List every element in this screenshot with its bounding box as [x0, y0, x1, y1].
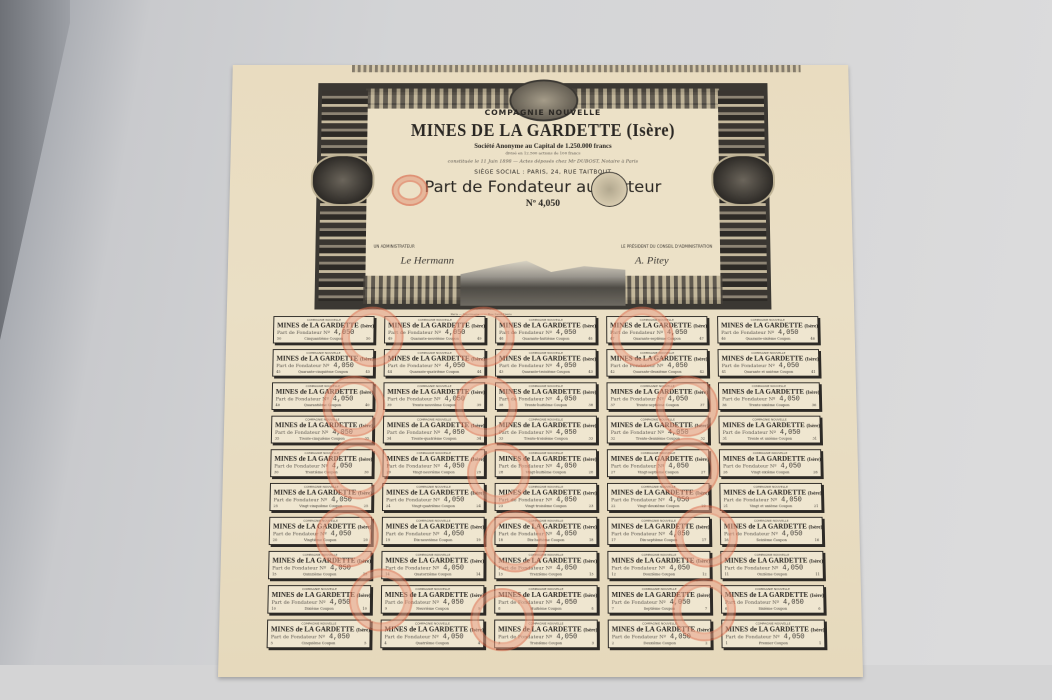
coupon-number-left: 18: [498, 538, 502, 542]
coupon-share-line: Part de Fondateur Nº4,050: [611, 565, 706, 573]
coupon-label: Part de Fondateur Nº: [272, 566, 326, 572]
coupon-number-left: 5: [271, 641, 273, 645]
coupon: COMPAGNIE NOUVELLEMINES de LA GARDETTE (…: [607, 416, 709, 444]
coupon-ordinal: Douzième Coupon: [643, 572, 675, 576]
coupon-share-line: Part de Fondateur Nº4,050: [499, 396, 593, 404]
coupon-share-number: 4,050: [779, 396, 800, 404]
coupon-name: MINES de LA GARDETTE: [386, 489, 469, 497]
coupon-region: (Isère): [697, 628, 711, 633]
coupon-region: (Isère): [357, 594, 371, 599]
coupon-share-line: Part de Fondateur Nº4,050: [275, 429, 369, 437]
coupon-region: (Isère): [583, 424, 597, 429]
coupon: COMPAGNIE NOUVELLEMINES de LA GARDETTE (…: [383, 382, 485, 410]
coupon-name: MINES de LA GARDETTE: [388, 355, 470, 363]
coupon-name: MINES de LA GARDETTE: [611, 557, 694, 565]
coupon-number-right: 5: [364, 641, 366, 645]
coupon-region: (Isère): [471, 391, 485, 396]
coupon-number-right: 38: [589, 403, 593, 407]
coupon-ordinal: Vingt-deuxième Coupon: [637, 504, 679, 508]
coupon-mine-name: MINES de LA GARDETTE (Isère): [387, 455, 481, 463]
coupon-number-left: 12: [611, 572, 615, 576]
coupon-name: MINES de LA GARDETTE: [499, 355, 581, 363]
coupon-ordinal: Trente-neuvième Coupon: [412, 403, 456, 407]
coupon-share-number: 4,050: [667, 362, 688, 370]
coupon: COMPAGNIE NOUVELLEMINES de LA GARDETTE (…: [272, 349, 374, 376]
coupon-number-right: 36: [812, 403, 816, 407]
coupon-mine-name: MINES de LA GARDETTE (Isère): [611, 557, 706, 565]
coupon-region: (Isère): [804, 325, 818, 330]
coupon-footer: 39Trente-neuvième Coupon39: [387, 403, 481, 407]
coupon-number-left: 19: [386, 538, 390, 542]
coupon-label: Part de Fondateur Nº: [611, 531, 665, 537]
coupon-mine-name: MINES de LA GARDETTE (Isère): [499, 355, 593, 363]
coupon: COMPAGNIE NOUVELLEMINES de LA GARDETTE (…: [272, 382, 374, 410]
coupon-name: MINES de LA GARDETTE: [612, 591, 695, 599]
coupon-number-left: 45: [276, 370, 280, 374]
coupon-share-line: Part de Fondateur Nº4,050: [276, 362, 370, 370]
coupon-share-number: 4,050: [443, 530, 464, 538]
coupon-number-left: 16: [724, 538, 728, 542]
coupon-footer: 34Trente-quatrième Coupon34: [387, 437, 481, 441]
coupon-ordinal: Quatrième Coupon: [415, 641, 449, 645]
coupon-name: MINES de LA GARDETTE: [499, 455, 581, 463]
coupon-footer: 4Quatrième Coupon4: [384, 641, 480, 645]
company-line: COMPAGNIE NOUVELLE: [375, 109, 710, 117]
coupon-ordinal: Dix-neuvième Coupon: [414, 538, 453, 542]
signature-labels: UN ADMINISTRATEUR LE PRÉSIDENT DU CONSEI…: [374, 244, 713, 249]
coupon-share-line: Part de Fondateur Nº4,050: [611, 530, 706, 538]
coupon-share-line: Part de Fondateur Nº4,050: [725, 599, 821, 607]
coupon-mine-name: MINES de LA GARDETTE (Isère): [724, 523, 819, 531]
coupon-name: MINES de LA GARDETTE: [612, 625, 696, 633]
coupon-share-number: 4,050: [781, 496, 802, 504]
coupon-name: MINES de LA GARDETTE: [611, 421, 693, 429]
coupon-share-number: 4,050: [443, 633, 464, 641]
coupon-number-left: 11: [725, 572, 729, 576]
coupon-share-line: Part de Fondateur Nº4,050: [386, 496, 481, 504]
coupon-footer: 44Quarante-quatrième Coupon44: [388, 370, 482, 374]
coupon-region: (Isère): [582, 325, 595, 330]
coupon-number-left: 50: [277, 337, 281, 341]
coupon-number-right: 2: [705, 641, 707, 645]
coupon-share-line: Part de Fondateur Nº4,050: [274, 496, 369, 504]
coupon-number-left: 21: [724, 504, 728, 508]
coupon-number-left: 43: [499, 370, 503, 374]
coupon-region: (Isère): [359, 391, 373, 396]
coupon: COMPAGNIE NOUVELLEMINES de LA GARDETTE (…: [719, 483, 822, 511]
coupon-number-left: 4: [384, 641, 386, 645]
coupon-mine-name: MINES de LA GARDETTE (Isère): [385, 591, 480, 599]
coupon-ordinal: Vingt-cinquième Coupon: [299, 504, 342, 508]
coupon-region: (Isère): [360, 358, 374, 363]
coupon-footer: 21Vingt et unième Coupon21: [724, 504, 819, 508]
coupon-share-number: 4,050: [556, 429, 577, 437]
coupon-share-number: 4,050: [669, 496, 690, 504]
coupon-number-right: 21: [814, 504, 818, 508]
coupon-mine-name: MINES de LA GARDETTE (Isère): [388, 355, 482, 363]
coupon-number-left: 44: [388, 370, 392, 374]
coupon-footer: 33Trente-troisième Coupon33: [499, 437, 593, 441]
coupon-mine-name: MINES de LA GARDETTE (Isère): [387, 421, 481, 429]
coupon-share-number: 4,050: [670, 599, 691, 607]
coupon-ordinal: Quatorzième Coupon: [414, 572, 451, 576]
coupon-number-left: 1: [726, 641, 728, 645]
coupon-number-right: 1: [819, 641, 821, 645]
coupon-mine-name: MINES de LA GARDETTE (Isère): [385, 557, 480, 565]
coupon-footer: 42Quarante-deuxième Coupon42: [610, 370, 704, 374]
coupon-label: Part de Fondateur Nº: [385, 600, 439, 606]
coupon-label: Part de Fondateur Nº: [723, 497, 777, 503]
coupon-region: (Isère): [806, 424, 820, 429]
coupon-mine-name: MINES de LA GARDETTE (Isère): [722, 421, 816, 429]
coupon-ordinal: Trente-sixième Coupon: [749, 403, 789, 407]
coupon-name: MINES de LA GARDETTE: [723, 455, 806, 463]
coupon-label: Part de Fondateur Nº: [722, 363, 775, 369]
coupon-name: MINES de LA GARDETTE: [611, 523, 694, 531]
coupon-mine-name: MINES de LA GARDETTE (Isère): [721, 322, 815, 330]
coupon-ordinal: Seizième Coupon: [756, 538, 787, 542]
coupon-region: (Isère): [808, 526, 822, 531]
coupon-label: Part de Fondateur Nº: [499, 363, 552, 369]
coupon-region: (Isère): [359, 424, 373, 429]
coupon-ordinal: Trente-septième Coupon: [636, 403, 679, 407]
coupon-label: Part de Fondateur Nº: [271, 634, 325, 640]
coupon-mine-name: MINES de LA GARDETTE (Isère): [275, 421, 369, 429]
coupon-share-number: 4,050: [783, 599, 804, 607]
coupon-number-left: 10: [271, 607, 276, 611]
coupon-share-line: Part de Fondateur Nº4,050: [723, 496, 818, 504]
coupon-label: Part de Fondateur Nº: [725, 600, 779, 606]
coupon-share-line: Part de Fondateur Nº4,050: [498, 565, 593, 573]
coupon-share-line: Part de Fondateur Nº4,050: [385, 599, 481, 607]
coupon-label: Part de Fondateur Nº: [273, 531, 327, 537]
coupon-region: (Isère): [583, 628, 597, 633]
coupon-footer: 43Quarante-troisième Coupon43: [499, 370, 593, 374]
coupon-mine-name: MINES de LA GARDETTE (Isère): [386, 489, 481, 497]
coupon-name: MINES de LA GARDETTE: [277, 322, 359, 330]
coupon-label: Part de Fondateur Nº: [388, 363, 441, 369]
coupon: COMPAGNIE NOUVELLEMINES de LA GARDETTE (…: [607, 382, 709, 410]
share-certificate-sheet: COMPAGNIE NOUVELLE MINES DE LA GARDETTE …: [218, 65, 863, 677]
coupon: COMPAGNIE NOUVELLEMINES de LA GARDETTE (…: [607, 483, 710, 511]
coupon-label: Part de Fondateur Nº: [276, 363, 329, 369]
coupon-mine-name: MINES de LA GARDETTE (Isère): [499, 489, 594, 497]
coupon-name: MINES de LA GARDETTE: [610, 388, 692, 396]
coupon-number-right: 26: [813, 470, 817, 474]
coupon-region: (Isère): [356, 628, 370, 633]
president-signature: A. Pitey: [635, 255, 669, 266]
coupon: COMPAGNIE NOUVELLEMINES de LA GARDETTE (…: [269, 483, 372, 511]
coupon-share-line: Part de Fondateur Nº4,050: [271, 599, 367, 607]
coupon-name: MINES de LA GARDETTE: [385, 625, 469, 633]
coupon-ordinal: Sixième Coupon: [758, 607, 787, 611]
coupon-share-line: Part de Fondateur Nº4,050: [273, 530, 368, 538]
coupon-number-right: 14: [476, 572, 480, 576]
coupon-number-right: 4: [478, 641, 480, 645]
coupon-number-left: 2: [612, 641, 614, 645]
coupon-number-right: 25: [364, 504, 368, 508]
coupon-number-left: 39: [387, 403, 391, 407]
coupon-share-number: 4,050: [556, 599, 577, 607]
coupon-region: (Isère): [694, 358, 708, 363]
coupon-region: (Isère): [471, 458, 485, 463]
coupon-share-line: Part de Fondateur Nº4,050: [498, 530, 593, 538]
coupon-region: (Isère): [583, 358, 596, 363]
coupon-share-line: Part de Fondateur Nº4,050: [499, 463, 594, 471]
coupon-share-number: 4,050: [332, 429, 353, 437]
coupon-number-right: 9: [478, 607, 480, 611]
coupon-share-number: 4,050: [556, 530, 577, 538]
coupon-number-left: 20: [273, 538, 278, 542]
coupon-region: (Isère): [470, 594, 484, 599]
coupon-footer: 22Vingt-deuxième Coupon22: [611, 504, 706, 508]
coupon-share-line: Part de Fondateur Nº4,050: [611, 496, 706, 504]
coupon-footer: 20Vingtième Coupon20: [273, 538, 368, 542]
coupon-region: (Isère): [693, 325, 706, 330]
coupon-mine-name: MINES de LA GARDETTE (Isère): [610, 355, 704, 363]
coupon-number-left: 32: [611, 437, 615, 441]
coupon-label: Part de Fondateur Nº: [498, 566, 552, 572]
coupon-name: MINES de LA GARDETTE: [498, 625, 582, 633]
coupon-footer: 3Troisième Coupon3: [498, 641, 594, 645]
coupon: COMPAGNIE NOUVELLEMINES de LA GARDETTE (…: [720, 551, 824, 579]
coupon: COMPAGNIE NOUVELLEMINES de LA GARDETTE (…: [495, 416, 597, 444]
coupon-label: Part de Fondateur Nº: [610, 397, 663, 403]
coupon-label: Part de Fondateur Nº: [612, 600, 666, 606]
coupon-mine-name: MINES de LA GARDETTE (Isère): [725, 591, 821, 599]
president-label: LE PRÉSIDENT DU CONSEIL D'ADMINISTRATION: [621, 244, 712, 249]
coupon-share-number: 4,050: [556, 496, 577, 504]
coupon-region: (Isère): [470, 560, 484, 565]
coupon-share-line: Part de Fondateur Nº4,050: [276, 396, 370, 404]
coupon-label: Part de Fondateur Nº: [274, 497, 328, 503]
coupon-region: (Isère): [359, 458, 373, 463]
coupon: COMPAGNIE NOUVELLEMINES de LA GARDETTE (…: [718, 416, 821, 444]
coupon-ordinal: Huitième Coupon: [530, 607, 561, 611]
coupon-number-right: 8: [591, 607, 593, 611]
coupon-label: Part de Fondateur Nº: [498, 600, 552, 606]
coupon-number-right: 27: [701, 470, 705, 474]
coupon-ordinal: Vingt-troisième Coupon: [525, 504, 567, 508]
coupon-number-right: 47: [699, 337, 703, 341]
coupon-footer: 17Dix-septième Coupon17: [611, 538, 706, 542]
coupon-number-right: 29: [477, 470, 481, 474]
coupon-mine-name: MINES de LA GARDETTE (Isère): [388, 322, 482, 330]
coupon: COMPAGNIE NOUVELLEMINES de LA GARDETTE (…: [271, 416, 374, 444]
coupon-footer: 6Sixième Coupon6: [725, 607, 821, 611]
coupon-share-line: Part de Fondateur Nº4,050: [723, 429, 817, 437]
coupon-ordinal: Quarante-deuxième Coupon: [633, 370, 682, 374]
coupon-share-line: Part de Fondateur Nº4,050: [388, 329, 482, 337]
coupon-number-left: 46: [721, 337, 725, 341]
coupon: COMPAGNIE NOUVELLEMINES de LA GARDETTE (…: [381, 585, 485, 614]
coupon-footer: 19Dix-neuvième Coupon19: [386, 538, 481, 542]
coupon-footer: 8Huitième Coupon8: [498, 607, 594, 611]
coupon-share-number: 4,050: [444, 396, 465, 404]
coupon-name: MINES de LA GARDETTE: [275, 421, 357, 429]
coupon-number-left: 29: [386, 470, 390, 474]
coupon-share-number: 4,050: [444, 463, 465, 471]
coupon-footer: 26Vingt-sixième Coupon26: [723, 470, 818, 474]
coupon-ordinal: Troisième Coupon: [530, 641, 562, 645]
coupon-number-left: 25: [273, 504, 277, 508]
coupon-ordinal: Septième Coupon: [644, 607, 675, 611]
coupon-name: MINES de LA GARDETTE: [387, 421, 469, 429]
coupon-region: (Isère): [696, 526, 710, 531]
coupon-mine-name: MINES de LA GARDETTE (Isère): [723, 455, 818, 463]
coupon-footer: 9Neuvième Coupon9: [385, 607, 481, 611]
coupon-number-right: 40: [365, 403, 369, 407]
coupon-name: MINES de LA GARDETTE: [611, 455, 694, 463]
coupon-footer: 47Quarante-septième Coupon47: [610, 337, 704, 341]
admin-label: UN ADMINISTRATEUR: [374, 244, 415, 249]
coupon-share-number: 4,050: [445, 362, 466, 370]
coupon-region: (Isère): [583, 594, 597, 599]
coupon-ordinal: Treizième Coupon: [530, 572, 562, 576]
coupon-number-right: 42: [700, 370, 704, 374]
coupon-number-left: 36: [722, 403, 726, 407]
coupon-share-number: 4,050: [330, 565, 351, 573]
coupon-ordinal: Quarante et unième Coupon: [744, 370, 793, 374]
coupon-share-line: Part de Fondateur Nº4,050: [499, 329, 593, 337]
coupon-ordinal: Premier Coupon: [759, 641, 788, 645]
coupon-mine-name: MINES de LA GARDETTE (Isère): [498, 557, 593, 565]
coupon-share-number: 4,050: [669, 565, 690, 573]
coupon-mine-name: MINES de LA GARDETTE (Isère): [276, 388, 370, 396]
coupon-share-line: Part de Fondateur Nº4,050: [498, 633, 594, 641]
coupon-number-left: 6: [725, 607, 727, 611]
coupon-share-number: 4,050: [334, 329, 355, 337]
coupon-region: (Isère): [811, 628, 825, 633]
coupon-number-right: 19: [476, 538, 480, 542]
coupon: COMPAGNIE NOUVELLEMINES de LA GARDETTE (…: [268, 551, 372, 579]
coupon-footer: 27Vingt-septième Coupon27: [611, 470, 706, 474]
coupon-ordinal: Quarante-troisième Coupon: [522, 370, 570, 374]
coupon-grid: COMPAGNIE NOUVELLEMINES de LA GARDETTE (…: [267, 316, 826, 648]
coupon-footer: 12Douzième Coupon12: [611, 572, 706, 576]
coupon-share-line: Part de Fondateur Nº4,050: [612, 633, 708, 641]
coupon: COMPAGNIE NOUVELLEMINES de LA GARDETTE (…: [267, 620, 371, 649]
certificate-header: COMPAGNIE NOUVELLE MINES DE LA GARDETTE …: [314, 83, 771, 309]
coupon-footer: 36Trente-sixième Coupon36: [722, 403, 816, 407]
coupon-number-left: 28: [499, 470, 503, 474]
coupon-label: Part de Fondateur Nº: [499, 464, 553, 470]
coupon-number-right: 35: [365, 437, 369, 441]
coupon-name: MINES de LA GARDETTE: [721, 322, 803, 330]
coupon-region: (Isère): [357, 560, 371, 565]
coupon-share-number: 4,050: [669, 530, 690, 538]
coupon-label: Part de Fondateur Nº: [725, 634, 779, 640]
coupon-region: (Isère): [695, 492, 709, 497]
coupon-name: MINES de LA GARDETTE: [387, 455, 470, 463]
capital-line: Société Anonyme au Capital de 1.250.000 …: [375, 142, 711, 149]
coupon-label: Part de Fondateur Nº: [384, 634, 438, 640]
coupon-share-number: 4,050: [331, 530, 352, 538]
coupon-number-right: 6: [818, 607, 820, 611]
coupon: COMPAGNIE NOUVELLEMINES de LA GARDETTE (…: [494, 517, 597, 545]
coupon: COMPAGNIE NOUVELLEMINES de LA GARDETTE (…: [495, 382, 597, 410]
coupon-mine-name: MINES de LA GARDETTE (Isère): [498, 591, 593, 599]
coupon: COMPAGNIE NOUVELLEMINES de LA GARDETTE (…: [607, 517, 710, 545]
coupon-footer: 30Trentième Coupon30: [274, 470, 369, 474]
coupon-share-number: 4,050: [782, 530, 803, 538]
coupon: COMPAGNIE NOUVELLEMINES de LA GARDETTE (…: [718, 349, 820, 376]
coupon-label: Part de Fondateur Nº: [724, 566, 778, 572]
coupon-region: (Isère): [360, 325, 373, 330]
coupon-share-number: 4,050: [668, 429, 689, 437]
coupon-mine-name: MINES de LA GARDETTE (Isère): [611, 489, 706, 497]
coupon-ordinal: Trente-huitième Coupon: [525, 403, 567, 407]
coupon-label: Part de Fondateur Nº: [275, 430, 328, 436]
coupon-mine-name: MINES de LA GARDETTE (Isère): [499, 322, 592, 330]
coupon-share-number: 4,050: [331, 496, 352, 504]
coupon-region: (Isère): [358, 526, 372, 531]
right-workshop-vignette: [711, 154, 775, 206]
coupon: COMPAGNIE NOUVELLEMINES de LA GARDETTE (…: [270, 449, 373, 477]
coupon-share-line: Part de Fondateur Nº4,050: [611, 429, 705, 437]
coupon-label: Part de Fondateur Nº: [723, 430, 776, 436]
coupon-number-right: 24: [476, 504, 480, 508]
coupon: COMPAGNIE NOUVELLEMINES de LA GARDETTE (…: [383, 416, 485, 444]
coupon-name: MINES de LA GARDETTE: [723, 489, 806, 497]
coupon-mine-name: MINES de LA GARDETTE (Isère): [499, 388, 593, 396]
coupon-mine-name: MINES de LA GARDETTE (Isère): [272, 591, 368, 599]
coupon-share-line: Part de Fondateur Nº4,050: [612, 599, 708, 607]
coupon-share-line: Part de Fondateur Nº4,050: [384, 633, 480, 641]
coupon-number-right: 31: [813, 437, 817, 441]
coupon-footer: 7Septième Coupon7: [612, 607, 708, 611]
coupon: COMPAGNIE NOUVELLEMINES de LA GARDETTE (…: [380, 620, 484, 649]
coupon-number-right: 34: [477, 437, 481, 441]
company-name: MINES DE LA GARDETTE (Isère): [375, 120, 711, 141]
coupon-share-number: 4,050: [782, 565, 803, 573]
coupon-share-line: Part de Fondateur Nº4,050: [723, 463, 818, 471]
coupon-share-number: 4,050: [332, 463, 353, 471]
coupon-ordinal: Vingt et unième Coupon: [750, 504, 793, 508]
coupon-number-right: 37: [700, 403, 704, 407]
coupon-label: Part de Fondateur Nº: [610, 330, 663, 336]
coupon-footer: 24Vingt-quatrième Coupon24: [386, 504, 481, 508]
coupon-ordinal: Cinquième Coupon: [302, 641, 336, 645]
coupon-mine-name: MINES de LA GARDETTE (Isère): [498, 625, 594, 633]
coupon-number-right: 20: [363, 538, 367, 542]
coupon-number-right: 13: [589, 572, 593, 576]
coupon-label: Part de Fondateur Nº: [611, 566, 665, 572]
coupon-label: Part de Fondateur Nº: [611, 464, 665, 470]
coupon-ordinal: Trente et unième Coupon: [748, 437, 793, 441]
coupon-footer: 1Premier Coupon1: [726, 641, 822, 645]
coupon-name: MINES de LA GARDETTE: [388, 322, 470, 330]
coupon-number-right: 22: [701, 504, 705, 508]
coupon: COMPAGNIE NOUVELLEMINES de LA GARDETTE (…: [495, 349, 597, 376]
coupon-mine-name: MINES de LA GARDETTE (Isère): [386, 523, 481, 531]
coupon-number-right: 49: [477, 337, 481, 341]
coupon-number-left: 35: [275, 437, 279, 441]
coupon-name: MINES de LA GARDETTE: [499, 421, 581, 429]
coupon: COMPAGNIE NOUVELLEMINES de LA GARDETTE (…: [495, 483, 598, 511]
coupon-name: MINES de LA GARDETTE: [722, 421, 804, 429]
coupon-region: (Isère): [470, 628, 484, 633]
coupon-label: Part de Fondateur Nº: [276, 397, 329, 403]
coupon-mine-name: MINES de LA GARDETTE (Isère): [722, 355, 816, 363]
coupon-ordinal: Trente-quatrième Coupon: [411, 437, 456, 441]
coupon-name: MINES de LA GARDETTE: [610, 322, 692, 330]
coupon-number-left: 22: [611, 504, 615, 508]
coupon-region: (Isère): [696, 560, 710, 565]
coupon-mine-name: MINES de LA GARDETTE (Isère): [277, 322, 371, 330]
coupon-share-number: 4,050: [333, 396, 354, 404]
capital-subline: divisé en 12.500 actions de 100 francs: [375, 151, 711, 156]
